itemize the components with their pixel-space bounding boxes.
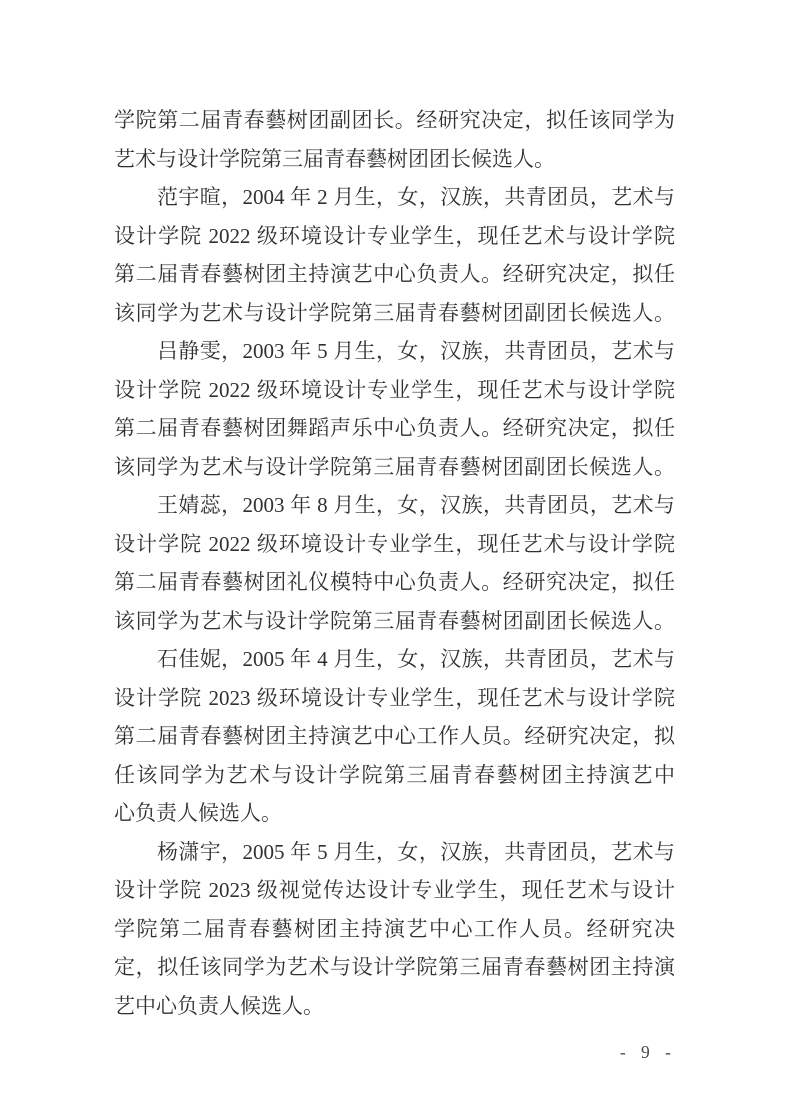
paragraph: 杨潇宇，2005 年 5 月生，女，汉族，共青团员，艺术与设计学院 2023 级… [114, 833, 675, 1026]
text-line: 学院第二届青春藝树团副团长。经研究决定，拟任该同学为 [114, 101, 675, 140]
text-line: 设计学院 2023 级视觉传达设计专业学生，现任艺术与设计 [114, 871, 675, 910]
text-line: 第二届青春藝树团主持演艺中心工作人员。经研究决定，拟 [114, 717, 675, 756]
text-line: 王婧蕊，2003 年 8 月生，女，汉族，共青团员，艺术与 [114, 486, 675, 525]
text-line: 任该同学为艺术与设计学院第三届青春藝树团主持演艺中 [114, 756, 675, 795]
text-line: 艺中心负责人候选人。 [114, 987, 675, 1026]
text-line: 石佳妮，2005 年 4 月生，女，汉族，共青团员，艺术与 [114, 640, 675, 679]
text-line: 定，拟任该同学为艺术与设计学院第三届青春藝树团主持演 [114, 948, 675, 987]
paragraph: 范宇暄，2004 年 2 月生，女，汉族，共青团员，艺术与设计学院 2022 级… [114, 178, 675, 332]
text-line: 第二届青春藝树团礼仪模特中心负责人。经研究决定，拟任 [114, 563, 675, 602]
paragraph: 王婧蕊，2003 年 8 月生，女，汉族，共青团员，艺术与设计学院 2022 级… [114, 486, 675, 640]
text-line: 第二届青春藝树团主持演艺中心负责人。经研究决定，拟任 [114, 255, 675, 294]
text-line: 设计学院 2022 级环境设计专业学生，现任艺术与设计学院 [114, 525, 675, 564]
text-line: 第二届青春藝树团舞蹈声乐中心负责人。经研究决定，拟任 [114, 409, 675, 448]
text-line: 心负责人候选人。 [114, 794, 675, 833]
text-line: 设计学院 2023 级环境设计专业学生，现任艺术与设计学院 [114, 679, 675, 718]
text-line: 杨潇宇，2005 年 5 月生，女，汉族，共青团员，艺术与 [114, 833, 675, 872]
text-line: 范宇暄，2004 年 2 月生，女，汉族，共青团员，艺术与 [114, 178, 675, 217]
text-line: 该同学为艺术与设计学院第三届青春藝树团副团长候选人。 [114, 602, 675, 641]
text-line: 该同学为艺术与设计学院第三届青春藝树团副团长候选人。 [114, 294, 675, 333]
document-body: 学院第二届青春藝树团副团长。经研究决定，拟任该同学为艺术与设计学院第三届青春藝树… [114, 101, 675, 1025]
text-line: 设计学院 2022 级环境设计专业学生，现任艺术与设计学院 [114, 371, 675, 410]
text-line: 吕静雯，2003 年 5 月生，女，汉族，共青团员，艺术与 [114, 332, 675, 371]
text-line: 学院第二届青春藝树团主持演艺中心工作人员。经研究决 [114, 910, 675, 949]
page-number: - 9 - [620, 1040, 673, 1064]
document-page: 学院第二届青春藝树团副团长。经研究决定，拟任该同学为艺术与设计学院第三届青春藝树… [0, 0, 787, 1119]
paragraph: 吕静雯，2003 年 5 月生，女，汉族，共青团员，艺术与设计学院 2022 级… [114, 332, 675, 486]
paragraph: 石佳妮，2005 年 4 月生，女，汉族，共青团员，艺术与设计学院 2023 级… [114, 640, 675, 833]
text-line: 该同学为艺术与设计学院第三届青春藝树团副团长候选人。 [114, 448, 675, 487]
text-line: 设计学院 2022 级环境设计专业学生，现任艺术与设计学院 [114, 217, 675, 256]
text-line: 艺术与设计学院第三届青春藝树团团长候选人。 [114, 140, 675, 179]
paragraph: 学院第二届青春藝树团副团长。经研究决定，拟任该同学为艺术与设计学院第三届青春藝树… [114, 101, 675, 178]
